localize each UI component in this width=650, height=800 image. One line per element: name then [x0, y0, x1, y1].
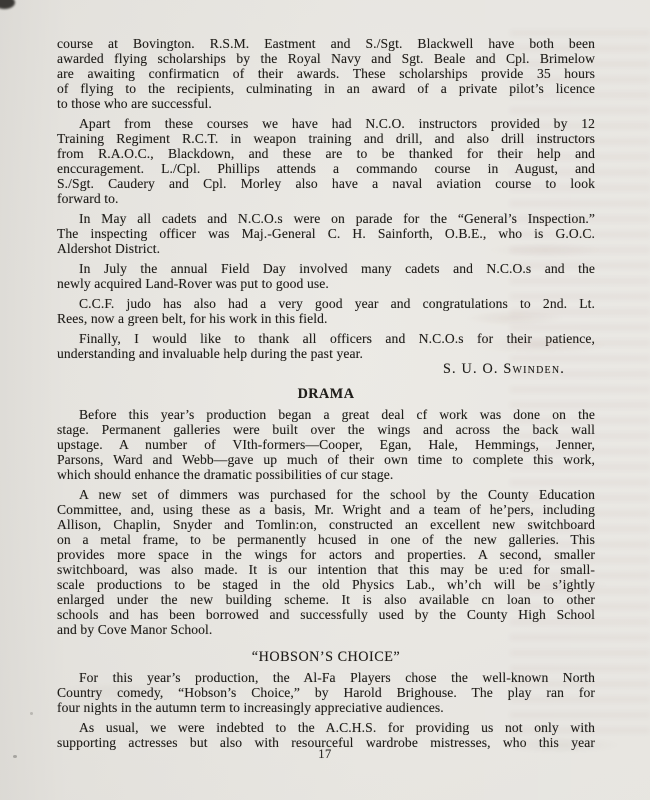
paragraph: course at Bovington. R.S.M. Eastment and…: [57, 36, 595, 111]
text-line: on a metal frame, to be permanently hcus…: [57, 532, 595, 547]
text-line: As usual, we were indebted to the A.C.H.…: [57, 720, 595, 735]
text-line: Aldershot District.: [57, 241, 595, 256]
scan-artifact-speck: [30, 712, 33, 715]
text-line: newly acquired Land-Rover was put to goo…: [57, 276, 595, 291]
text-line: Rees, now a green belt, for his work in …: [57, 311, 595, 326]
text-line: to those who are successful.: [57, 96, 595, 111]
section-heading: DRAMA: [57, 387, 595, 402]
text-line: A new set of dimmers was purchased for t…: [57, 487, 595, 502]
paragraph: As usual, we were indebted to the A.C.H.…: [57, 720, 595, 750]
text-line: four nights in the autumn term to increa…: [57, 700, 595, 715]
text-line: are awaiting confirmaticn of their award…: [57, 66, 595, 81]
paragraph: In May all cadets and N.C.O.s were on pa…: [57, 211, 595, 256]
text-line: In May all cadets and N.C.O.s were on pa…: [57, 211, 595, 226]
text-line: of flying to the recipients, culminating…: [57, 81, 595, 96]
text-line: The inspecting officer was Maj.-General …: [57, 226, 595, 241]
text-line: provides more space in the wings for act…: [57, 547, 595, 562]
paragraph: Finally, I would like to thank all offic…: [57, 331, 595, 361]
text-line: Training Regiment R.C.T. in weapon train…: [57, 131, 595, 146]
paragraph: A new set of dimmers was purchased for t…: [57, 487, 595, 637]
text-line: Apart from these courses we have had N.C…: [57, 116, 595, 131]
text-line: schools and has been borrowed and succes…: [57, 607, 595, 622]
text-line: C.C.F. judo has also had a very good yea…: [57, 296, 595, 311]
text-line: Finally, I would like to thank all offic…: [57, 331, 595, 346]
text-line: For this year’s production, the Al-Fa Pl…: [57, 670, 595, 685]
paragraph: Before this year’s production began a gr…: [57, 407, 595, 482]
scanned-page: course at Bovington. R.S.M. Eastment and…: [0, 0, 650, 800]
paragraph: In July the annual Field Day involved ma…: [57, 261, 595, 291]
text-line: upstage. A number of VIth-formers—Cooper…: [57, 437, 595, 452]
text-line: Before this year’s production began a gr…: [57, 407, 595, 422]
text-line: enccuragement. L./Cpl. Phillips attends …: [57, 161, 595, 176]
text-line: switchboard, was also made. It is our in…: [57, 562, 595, 577]
text-line: understanding and invaluable help during…: [57, 346, 595, 361]
text-line: Allison, Chaplin, Snyder and Tomlin:on, …: [57, 517, 595, 532]
text-line: and by Cove Manor School.: [57, 622, 595, 637]
paragraph: Apart from these courses we have had N.C…: [57, 116, 595, 206]
page-number: 17: [0, 747, 650, 762]
paragraph: For this year’s production, the Al-Fa Pl…: [57, 670, 595, 715]
section-heading: “HOBSON’S CHOICE”: [57, 650, 595, 665]
text-line: Committee, and, using these as a basis, …: [57, 502, 595, 517]
text-line: forward to.: [57, 191, 595, 206]
page-content: course at Bovington. R.S.M. Eastment and…: [57, 36, 595, 750]
text-line: scale productions to be staged in the ol…: [57, 577, 595, 592]
text-line: Parsons, Ward and Webb—gave up much of t…: [57, 452, 595, 467]
text-line: Country comedy, “Hobson’s Choice,” by Ha…: [57, 685, 595, 700]
text-line: S./Sgt. Caudery and Cpl. Morley also hav…: [57, 176, 595, 191]
text-line: awarded flying scholarships by the Royal…: [57, 51, 595, 66]
signature: S. U. O. Swinden.: [57, 362, 595, 377]
paragraph: C.C.F. judo has also had a very good yea…: [57, 296, 595, 326]
text-line: from R.A.O.C., Blackdown, and these are …: [57, 146, 595, 161]
text-line: In July the annual Field Day involved ma…: [57, 261, 595, 276]
scan-artifact-corner-blob: [0, 0, 15, 9]
text-line: course at Bovington. R.S.M. Eastment and…: [57, 36, 595, 51]
text-line: enlarged under the new building scheme. …: [57, 592, 595, 607]
text-line: stage. Permanent galleries were built ov…: [57, 422, 595, 437]
text-line: which should enhance the dramatic possib…: [57, 467, 595, 482]
